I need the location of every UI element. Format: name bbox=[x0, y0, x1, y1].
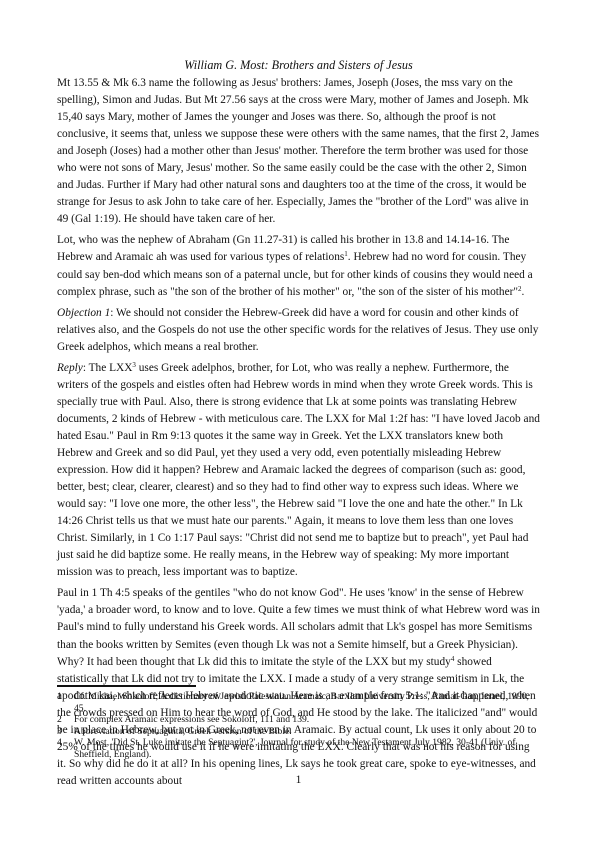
footnote-3: 3 Abbreviation of Septuaginta, Greek ver… bbox=[57, 726, 540, 738]
footnote-separator bbox=[57, 685, 196, 687]
footnote-text: For complex Aramaic expressions see Soko… bbox=[74, 714, 540, 726]
footnote-number: 3 bbox=[57, 726, 74, 738]
paragraph-brothers-names: Mt 13.55 & Mk 6.3 name the following as … bbox=[57, 75, 540, 228]
footnote-text: W. Most, 'Did St. Luke imitate the Septu… bbox=[74, 737, 540, 760]
footnote-text: Abbreviation of Septuaginta, Greek versi… bbox=[74, 726, 540, 738]
footnote-4: 4 W. Most, 'Did St. Luke imitate the Sep… bbox=[57, 737, 540, 760]
footnote-2: 2 For complex Aramaic expressions see So… bbox=[57, 714, 540, 726]
paragraph-text: : The LXX bbox=[83, 362, 133, 374]
footnote-number: 4 bbox=[57, 737, 74, 760]
footnote-number: 1 bbox=[57, 691, 74, 714]
reply-label: Reply bbox=[57, 362, 83, 374]
footnotes: 1 Cf. Michael Sokoloff, A dictionary of … bbox=[57, 691, 540, 761]
page-number: 1 bbox=[57, 774, 540, 786]
document-title: William G. Most: Brothers and Sisters of… bbox=[57, 57, 540, 73]
footnote-1: 1 Cf. Michael Sokoloff, A dictionary of … bbox=[57, 691, 540, 714]
paragraph-lot-nephew: Lot, who was the nephew of Abraham (Gn 1… bbox=[57, 232, 540, 300]
footnote-text: Cf. Michael Sokoloff, A dictionary of Je… bbox=[74, 691, 540, 714]
paragraph-text: . bbox=[522, 286, 525, 298]
objection-label: Objection 1 bbox=[57, 307, 110, 319]
paragraph-text: uses Greek adelphos, brother, for Lot, w… bbox=[57, 362, 540, 579]
paragraph-text: Mt 13.55 & Mk 6.3 name the following as … bbox=[57, 77, 539, 225]
paragraph-objection-1: Objection 1: We should not consider the … bbox=[57, 305, 540, 356]
paragraph-text: : We should not consider the Hebrew-Gree… bbox=[57, 307, 538, 353]
footnote-number: 2 bbox=[57, 714, 74, 726]
paragraph-reply: Reply: The LXX3 uses Greek adelphos, bro… bbox=[57, 360, 540, 582]
